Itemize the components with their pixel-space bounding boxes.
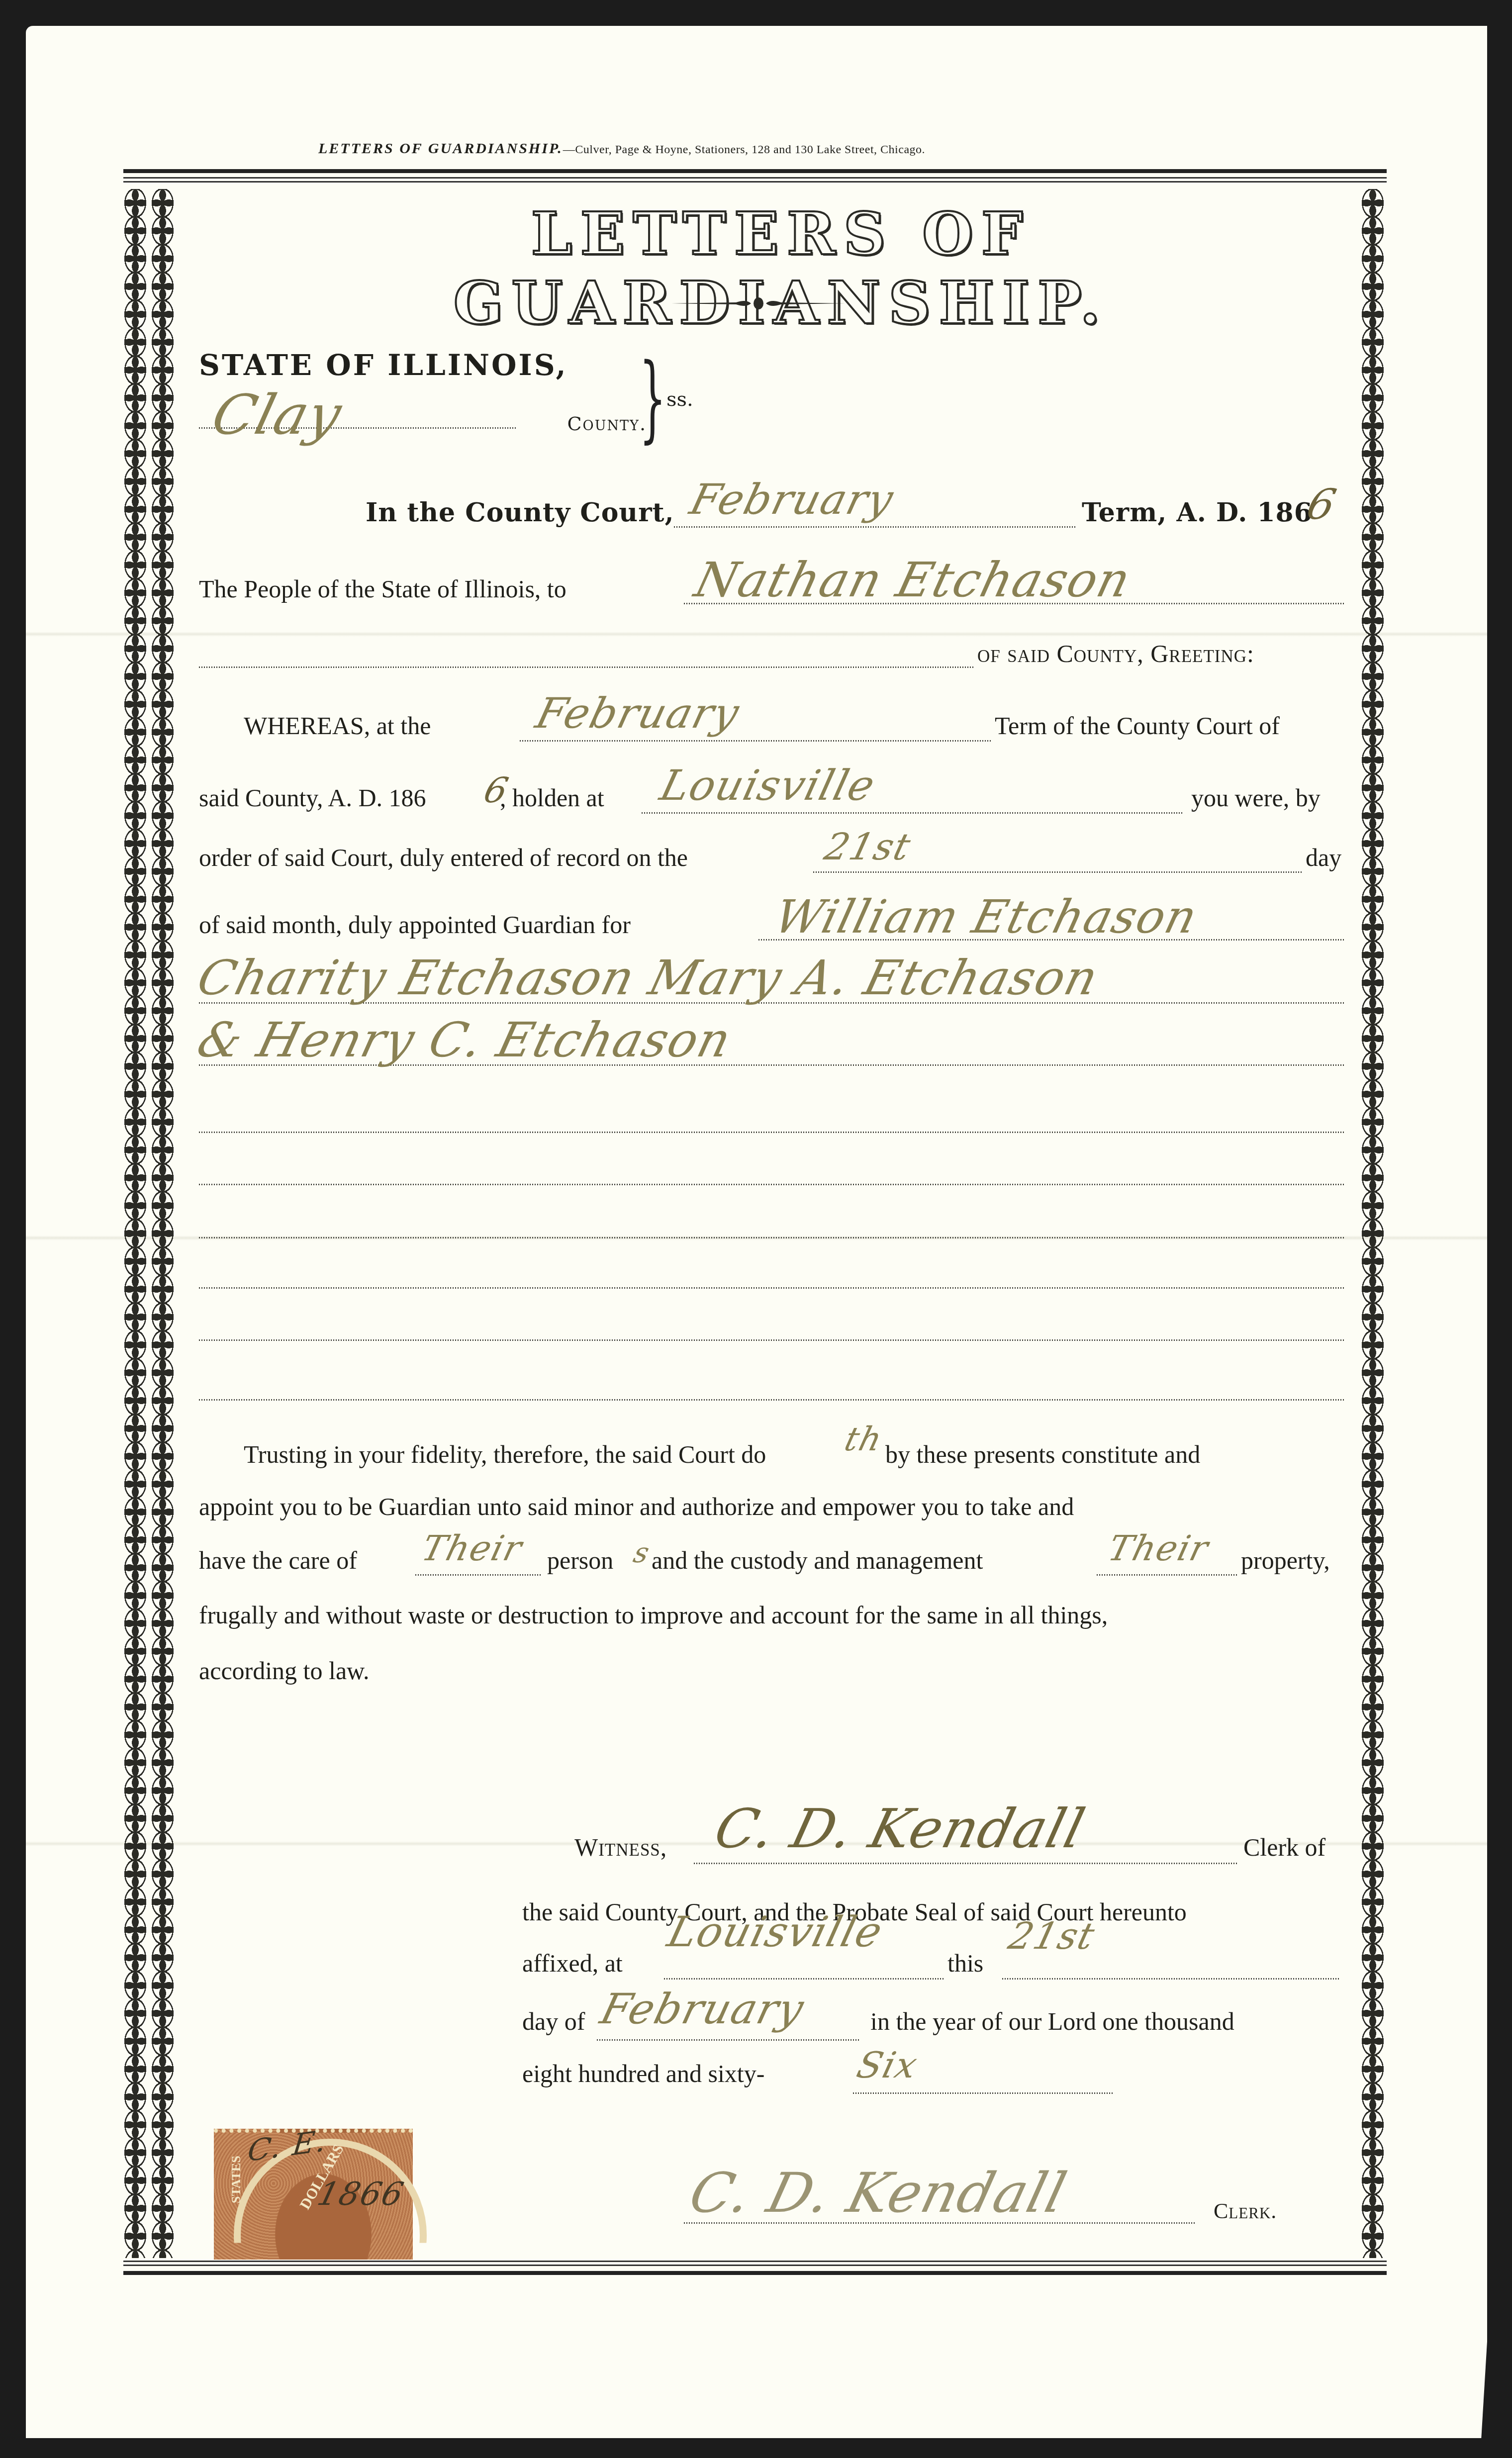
addressee-blank-2: [199, 666, 975, 668]
greeting-label: of said County, Greeting:: [977, 640, 1254, 667]
witness-line4-prefix: day of: [522, 2007, 585, 2036]
scilicet-ss: ss.: [666, 388, 693, 411]
witness-month-value: February: [596, 1985, 810, 2033]
county-label: County.: [567, 413, 647, 435]
whereas-line2-mid: , holden at: [500, 783, 604, 812]
trusting-line3-d: property,: [1241, 1546, 1330, 1575]
top-rule-thick: [123, 169, 1387, 173]
witness-line3-mid: this: [947, 1949, 983, 1978]
trusting-line3-a: have the care of: [199, 1546, 357, 1575]
imprint-stationer: —Culver, Page & Hoyne, Stationers, 128 a…: [563, 143, 925, 156]
blank-line: [199, 1237, 1345, 1238]
trusting-line4: frugally and without waste or destructio…: [199, 1601, 1108, 1629]
blank-line: [199, 1184, 1345, 1185]
their-blank-2: [1097, 1574, 1238, 1576]
stamp-side-text: STATES: [229, 2156, 244, 2203]
ornamental-border-left-outer: [124, 189, 146, 2258]
clerk-signature: C. D. Kendall: [683, 2161, 1073, 2225]
witness-name-blank: [694, 1863, 1238, 1864]
blank-line: [199, 1339, 1345, 1341]
whereas-day-blank: [813, 871, 1303, 873]
court-line-suffix: Term, A. D. 186: [1082, 497, 1313, 528]
witness-place-value: Louisville: [663, 1907, 888, 1956]
court-term-blank: [674, 526, 1077, 528]
blank-line: [199, 1132, 1345, 1133]
court-line-prefix: In the County Court,: [366, 497, 674, 528]
county-value: Clay: [206, 383, 349, 447]
wards-line-1: William Etchason: [769, 890, 1203, 944]
trusting-line3-c: and the custody and management: [652, 1546, 983, 1575]
blank-line: [199, 1287, 1345, 1289]
wards-line-3: & Henry C. Etchason: [192, 1012, 737, 1068]
whereas-place-blank: [642, 812, 1184, 814]
trusting-line1-b: by these presents constitute and: [885, 1440, 1200, 1469]
blank-line: [199, 1399, 1345, 1401]
whereas-line1-prefix: WHEREAS, at the: [244, 711, 431, 740]
witness-month-blank: [597, 2039, 860, 2041]
witness-name-value: C. D. Kendall: [708, 1798, 1091, 1860]
whereas-day-value: 21st: [820, 826, 915, 868]
wards-line-2: Charity Etchason Mary A. Etchason: [192, 950, 1104, 1006]
whereas-line4-prefix: of said month, duly appointed Guardian f…: [199, 910, 631, 939]
whereas-line3-suffix: day: [1306, 843, 1341, 872]
fold-crease: [26, 632, 1487, 637]
their-value-2: Their: [1104, 1528, 1214, 1569]
witness-label: Witness,: [574, 1833, 667, 1862]
top-rule-thin: [123, 181, 1387, 183]
document-title: LETTERS OF GUARDIANSHIP.: [239, 199, 1323, 337]
top-rule-thin: [123, 177, 1387, 179]
whereas-line3-prefix: order of said Court, duly entered of rec…: [199, 843, 688, 872]
clerk-label: Clerk.: [1214, 2198, 1277, 2224]
court-term-value: February: [685, 475, 899, 524]
bottom-rule-thin: [123, 2265, 1387, 2266]
witness-year-value: Six: [853, 2044, 923, 2086]
witness-line5-prefix: eight hundred and sixty-: [522, 2059, 764, 2088]
witness-line4-suffix: in the year of our Lord one thousand: [870, 2007, 1234, 2036]
imprint-title: LETTERS OF GUARDIANSHIP.: [318, 140, 563, 157]
whereas-line2-suffix: you were, by: [1191, 783, 1321, 812]
witness-line3-prefix: affixed, at: [522, 1949, 623, 1978]
county-field: Clay County.: [199, 398, 647, 438]
bottom-rule-thin: [123, 2261, 1387, 2262]
title-flourish-ornament: [671, 296, 846, 311]
bottom-rule-thick: [123, 2271, 1387, 2275]
ornamental-border-right: [1362, 189, 1384, 2258]
witness-place-blank: [664, 1978, 945, 1980]
witness-day-blank: [1002, 1978, 1340, 1980]
trusting-line5: according to law.: [199, 1656, 369, 1685]
printer-imprint: LETTERS OF GUARDIANSHIP.—Culver, Page & …: [318, 140, 1224, 157]
ornamental-border-left-inner: [152, 189, 174, 2258]
addressee-name: Nathan Etchason: [689, 552, 1137, 608]
addressee-prefix: The People of the State of Illinois, to: [199, 574, 567, 603]
whereas-line1-suffix: Term of the County Court of: [995, 711, 1280, 740]
whereas-term-value: February: [531, 689, 745, 738]
state-heading: STATE OF ILLINOIS,: [199, 348, 568, 382]
whereas-term-blank: [520, 740, 992, 742]
trusting-line2: appoint you to be Guardian unto said min…: [199, 1492, 1074, 1521]
brace-symbol: }: [639, 351, 666, 445]
greeting-text: of said County, Greeting:: [977, 639, 1254, 668]
witness-line1-suffix: Clerk of: [1243, 1833, 1325, 1862]
their-value-1: Their: [418, 1528, 527, 1569]
whereas-place-value: Louisville: [656, 761, 881, 810]
whereas-line2-prefix: said County, A. D. 186: [199, 783, 426, 812]
trusting-line1-a: Trusting in your fidelity, therefore, th…: [244, 1440, 766, 1469]
their-blank-1: [415, 1574, 542, 1576]
witness-year-blank: [853, 2092, 1114, 2094]
witness-day-value: 21st: [1004, 1915, 1099, 1958]
trusting-line3-b: person: [547, 1546, 613, 1575]
stamp-cancel-year: 1866: [314, 2176, 408, 2213]
